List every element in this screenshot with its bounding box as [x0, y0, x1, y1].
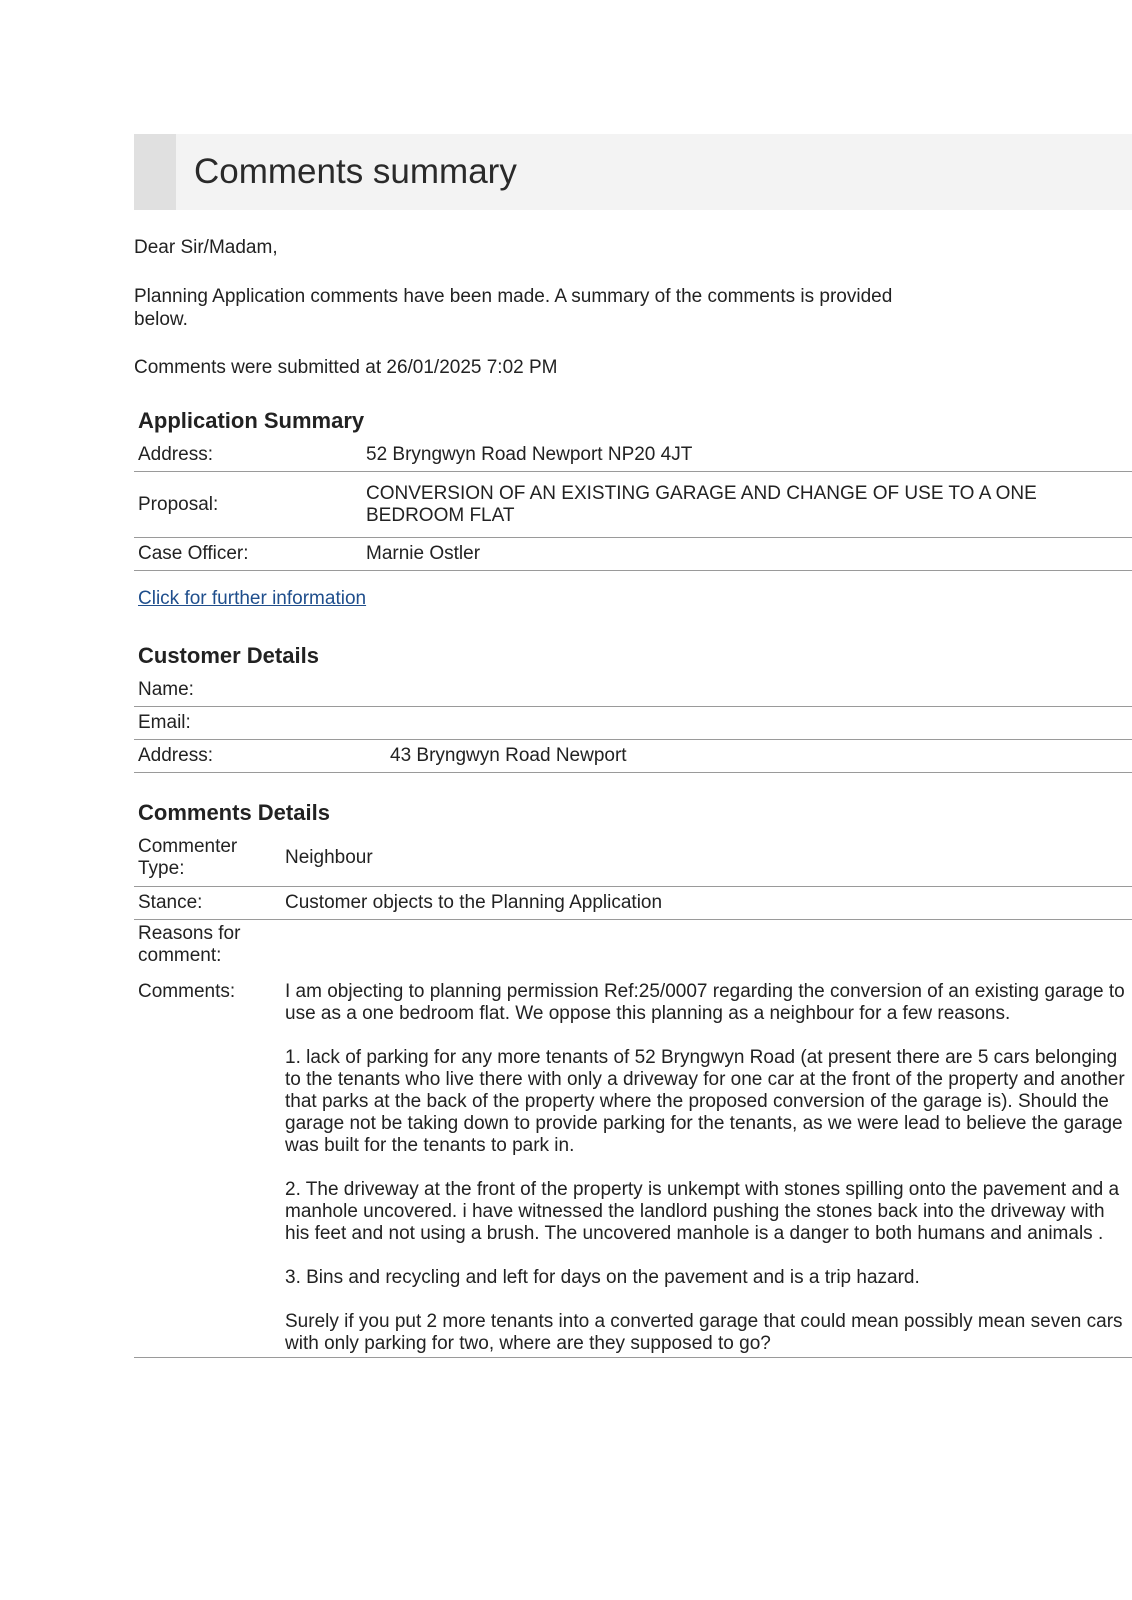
customer-details-table: Name: Email: Address: 43 Bryngwyn Road N…: [134, 674, 1132, 773]
email-label: Email:: [134, 707, 386, 740]
table-row: Address: 43 Bryngwyn Road Newport: [134, 740, 1132, 773]
comment-paragraph: 3. Bins and recycling and left for days …: [285, 1267, 1128, 1289]
name-label: Name:: [134, 674, 386, 707]
customer-address-value: 43 Bryngwyn Road Newport: [386, 740, 1132, 773]
submitted-timestamp: Comments were submitted at 26/01/2025 7:…: [134, 356, 558, 379]
case-officer-value: Marnie Ostler: [362, 538, 1132, 571]
customer-details-heading: Customer Details: [138, 643, 319, 669]
address-value: 52 Bryngwyn Road Newport NP20 4JT: [362, 438, 1132, 472]
comments-details-heading: Comments Details: [138, 800, 330, 826]
page-title: Comments summary: [176, 134, 517, 210]
name-value: [386, 674, 1132, 707]
intro-message: Planning Application comments have been …: [134, 285, 934, 331]
comments-value: I am objecting to planning permission Re…: [281, 973, 1132, 1358]
table-row: Proposal: CONVERSION OF AN EXISTING GARA…: [134, 472, 1132, 538]
comment-paragraph: Surely if you put 2 more tenants into a …: [285, 1311, 1128, 1355]
header-band: Comments summary: [134, 134, 1132, 210]
reasons-value: [281, 920, 1132, 974]
reasons-label: Reasons for comment:: [134, 920, 281, 974]
comment-paragraph: 1. lack of parking for any more tenants …: [285, 1047, 1128, 1157]
comments-details-table: Commenter Type: Neighbour Stance: Custom…: [134, 830, 1132, 1358]
table-row: Name:: [134, 674, 1132, 707]
table-row: Case Officer: Marnie Ostler: [134, 538, 1132, 571]
customer-address-label: Address:: [134, 740, 386, 773]
application-summary-heading: Application Summary: [138, 408, 364, 434]
commenter-type-label: Commenter Type:: [134, 830, 281, 887]
header-accent-bar: [134, 134, 176, 210]
table-row: Email:: [134, 707, 1132, 740]
proposal-label: Proposal:: [134, 472, 362, 538]
table-row: Address: 52 Bryngwyn Road Newport NP20 4…: [134, 438, 1132, 472]
address-label: Address:: [134, 438, 362, 472]
further-information-link[interactable]: Click for further information: [138, 588, 366, 610]
email-value: [386, 707, 1132, 740]
comment-paragraph: I am objecting to planning permission Re…: [285, 981, 1128, 1025]
proposal-value: CONVERSION OF AN EXISTING GARAGE AND CHA…: [362, 472, 1132, 538]
application-summary-table: Address: 52 Bryngwyn Road Newport NP20 4…: [134, 438, 1132, 571]
table-row: Stance: Customer objects to the Planning…: [134, 887, 1132, 920]
case-officer-label: Case Officer:: [134, 538, 362, 571]
table-row: Comments: I am objecting to planning per…: [134, 973, 1132, 1358]
stance-value: Customer objects to the Planning Applica…: [281, 887, 1132, 920]
greeting-text: Dear Sir/Madam,: [134, 236, 278, 259]
comment-paragraph: 2. The driveway at the front of the prop…: [285, 1179, 1128, 1245]
table-row: Reasons for comment:: [134, 920, 1132, 974]
comments-label: Comments:: [134, 973, 281, 1358]
commenter-type-value: Neighbour: [281, 830, 1132, 887]
stance-label: Stance:: [134, 887, 281, 920]
table-row: Commenter Type: Neighbour: [134, 830, 1132, 887]
